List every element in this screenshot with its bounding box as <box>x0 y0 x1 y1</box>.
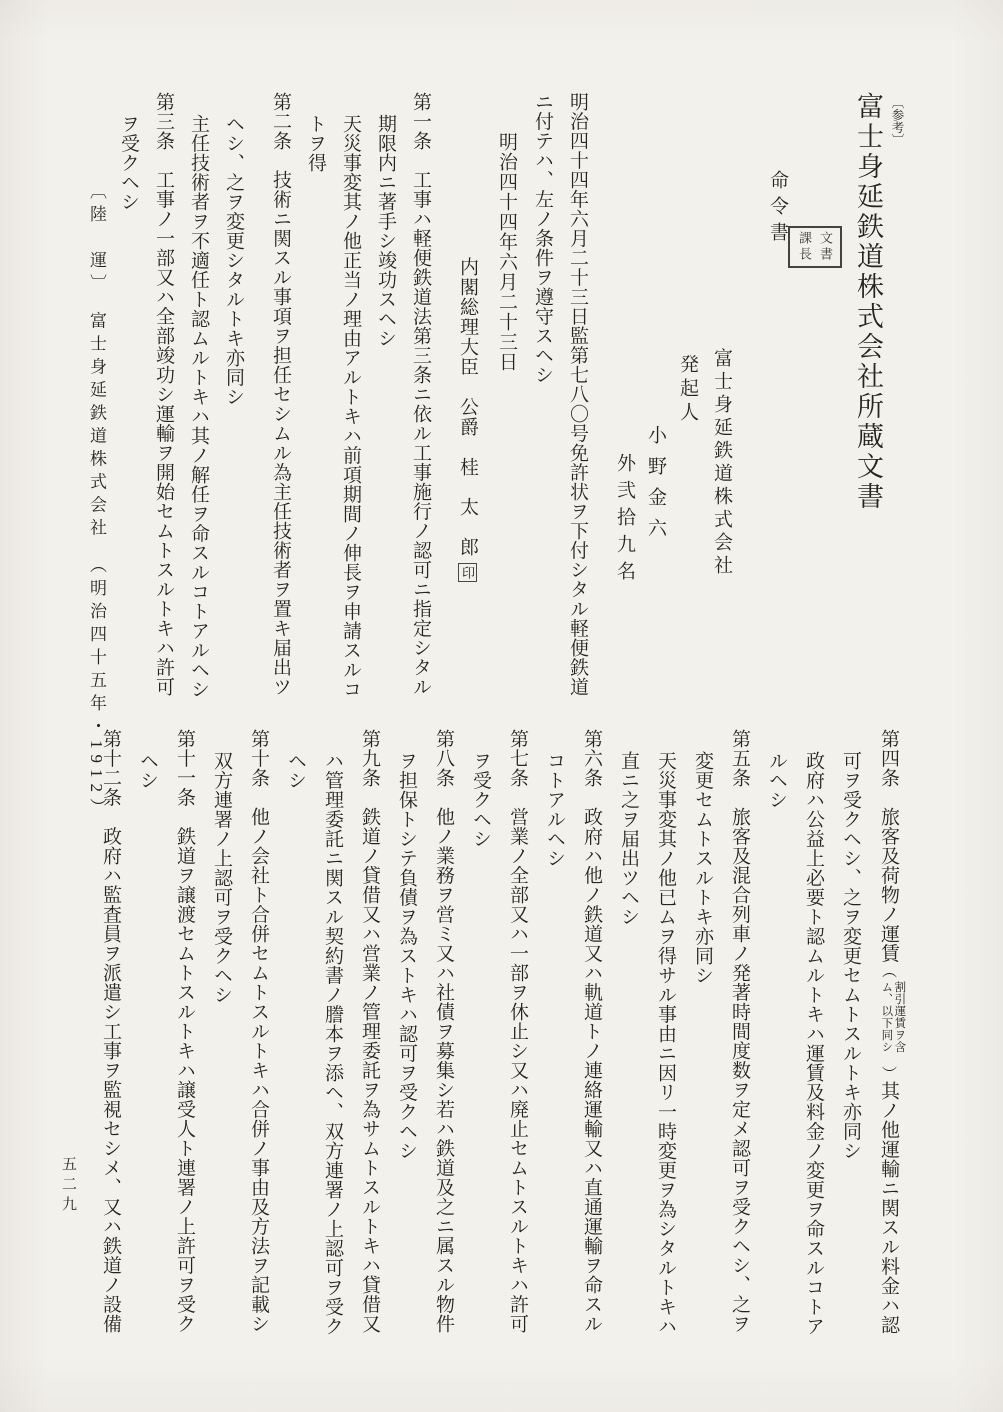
stamp-box: 文書 課長 <box>788 226 842 268</box>
article-line: ヘシ、之ヲ変更シタルトキ亦同シ <box>216 92 251 700</box>
addressee-company: 富士身延鉄道株式会社 <box>704 92 738 700</box>
signer-name: 内閣総理大臣 公爵 桂 太 郎 <box>457 257 478 557</box>
note-open-paren: （ <box>880 963 896 978</box>
article-line: ヲ担保トシテ負債ヲ為ストキハ認可ヲ受クヘシ <box>388 729 425 1359</box>
article-line: 第十一条 鉄道ヲ譲渡セムトスルトキハ譲受人ト連署ノ上許可ヲ受ク <box>166 729 203 1359</box>
signer-line: 内閣総理大臣 公爵 桂 太 郎印 <box>446 92 488 700</box>
article-line: 第五条 旅客及混合列車ノ発著時間度数ヲ定メ認可ヲ受クヘシ、之ヲ <box>721 729 758 1359</box>
article-line: ヘシ <box>277 729 314 1359</box>
preamble-line: ニ付テハ、左ノ条件ヲ遵守スヘシ <box>525 92 560 700</box>
article-line: 天災事変其ノ他正当ノ理由アルトキハ前項期間ノ伸長ヲ申請スルコ <box>333 92 368 700</box>
note-close-paren: ） <box>880 1066 896 1081</box>
article-line: 天災事変其ノ他已ムヲ得サル事由ニ因リ一時変更ヲ為シタルトキハ <box>647 729 684 1359</box>
article-line: 政府ハ公益上必要ト認ムルトキハ運賃及料金ノ変更ヲ命スルコトア <box>795 729 832 1359</box>
document-page: 〔参考〕 富士身延鉄道株式会社所蔵文書 命令書 富士身延鉄道株式会社 発起人 小… <box>0 0 1003 1412</box>
article-line: 双方連署ノ上認可ヲ受クヘシ <box>203 729 240 1359</box>
article-line: ヲ受クヘシ <box>462 729 499 1359</box>
preamble-line: 明治四十四年六月二十三日監第七八〇号免許状ヲ下付シタル軽便鉄道 <box>560 92 595 700</box>
article-line: 期限内ニ著手シ竣功スヘシ <box>368 92 403 700</box>
addressee-role: 発起人 <box>671 92 704 700</box>
seal-mark: 印 <box>458 563 477 582</box>
article-line: 可ヲ受クヘシ、之ヲ変更セムトスルトキ亦同シ <box>832 729 869 1359</box>
source-note: 〔陸 運〕 富士身延鉄道株式会社 （明治四十五年・1912） <box>81 92 111 700</box>
article-line: ヘシ <box>129 729 166 1359</box>
article-4-inline-note: 割引運賃ヲ含ム、以下同シ <box>879 981 905 1063</box>
article-line: ルヘシ <box>758 729 795 1359</box>
article-line: 第十二条 政府ハ監査員ヲ派遣シ工事ヲ監視セシメ、又ハ鉄道ノ設備 <box>92 729 129 1359</box>
doc-type-heading: 命令書 <box>760 92 795 700</box>
article-line: 第六条 政府ハ他ノ鉄道又ハ軌道トノ連絡運輸又ハ直通運輸ヲ命スル <box>573 729 610 1359</box>
addressee-others: 外弐拾九名 <box>609 92 640 700</box>
page-number: 五二九 <box>58 1156 79 1216</box>
article-line: 直ニ之ヲ届出ツヘシ <box>610 729 647 1359</box>
article-4-line: 第四条 旅客及荷物ノ運賃（割引運賃ヲ含ム、以下同シ）其ノ他運輸ニ関スル料金ハ認 <box>869 729 907 1359</box>
article-line: 第八条 他ノ業務ヲ営ミ又ハ社債ヲ募集シ若ハ鉄道及之ニ属スル物件 <box>425 729 462 1359</box>
article-line: 第三条 工事ノ一部又ハ全部竣功シ運輸ヲ開始セムトスルトキハ許可 <box>146 92 181 700</box>
article-line: ハ管理委託ニ関スル契約書ノ謄本ヲ添ヘ、双方連署ノ上認可ヲ受ク <box>314 729 351 1359</box>
article-4-post: 其ノ他運輸ニ関スル料金ハ認 <box>878 1081 899 1335</box>
top-section: 〔参考〕 富士身延鉄道株式会社所蔵文書 命令書 富士身延鉄道株式会社 発起人 小… <box>65 92 907 700</box>
article-line: 第十条 他ノ会社ト合併セムトスルトキハ合併ノ事由及方法ヲ記載シ <box>240 729 277 1359</box>
article-line: 主任技術者ヲ不適任ト認ムルトキハ其ノ解任ヲ命スルコトアルヘシ <box>181 92 216 700</box>
article-line: ヲ受クヘシ <box>111 92 146 700</box>
stamp-text: 文書 課長 <box>794 231 836 263</box>
addressee-name: 小野金六 <box>640 92 671 700</box>
article-line: 第二条 技術ニ関スル事項ヲ担任セシムル為主任技術者ヲ置キ届出ツ <box>263 92 298 700</box>
document-title: 富士身延鉄道株式会社所蔵文書 <box>849 92 887 700</box>
article-line: 第九条 鉄道ノ貸借又ハ営業ノ管理委託ヲ為サムトスルトキハ貸借又 <box>351 729 388 1359</box>
article-line: コトアルヘシ <box>536 729 573 1359</box>
stamp-text-left: 課長 <box>794 231 815 263</box>
bottom-section: 第四条 旅客及荷物ノ運賃（割引運賃ヲ含ム、以下同シ）其ノ他運輸ニ関スル料金ハ認 … <box>92 729 907 1359</box>
article-line: 第七条 営業ノ全部又ハ一部ヲ休止シ又ハ廃止セムトスルトキハ許可 <box>499 729 536 1359</box>
issue-date: 明治四十四年六月二十三日 <box>488 92 525 700</box>
article-line: 第一条 工事ハ軽便鉄道法第三条ニ依ル工事施行ノ認可ニ指定シタル <box>403 92 438 700</box>
article-4-pre: 第四条 旅客及荷物ノ運賃 <box>878 729 899 963</box>
article-line: トヲ得 <box>298 92 333 700</box>
reference-label: 〔参考〕 <box>887 92 907 700</box>
stamp-text-right: 文書 <box>815 231 836 263</box>
article-line: 変更セムトスルトキ亦同シ <box>684 729 721 1359</box>
